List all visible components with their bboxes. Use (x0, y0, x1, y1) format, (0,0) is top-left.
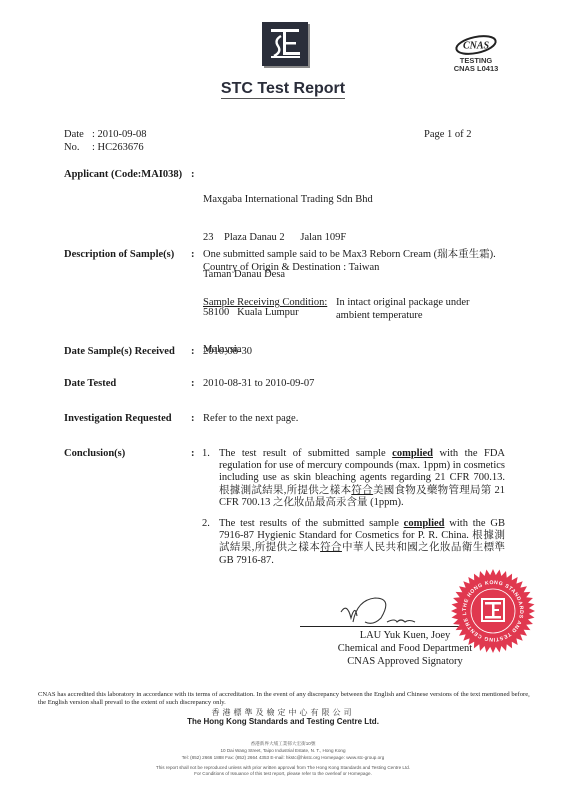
investigation-label: Investigation Requested (64, 413, 172, 426)
colon: : (191, 249, 195, 260)
address-cn: 香港新界大埔工業邨大宏街10號 (0, 741, 566, 747)
colon: : (191, 346, 195, 357)
description-label: Description of Sample(s) (64, 249, 174, 262)
complied-emphasis: complied (404, 518, 445, 529)
conclusion-item: The test results of the submitted sample… (219, 518, 505, 567)
conclusion-item: The test result of submitted sample comp… (219, 448, 505, 509)
address-line: 23 Plaza Danau 2 Jalan 109F (203, 232, 373, 245)
company-seal-icon: THE HONG KONG STANDARDS AND TESTING CENT… (450, 568, 536, 654)
conclusion-label: Conclusion(s) (64, 448, 125, 461)
cnas-logo-icon: CNAS (454, 34, 498, 56)
colon: : (191, 413, 195, 424)
description-text: One submitted sample said to be Max3 Reb… (203, 249, 496, 274)
colon: : (191, 169, 195, 180)
company-name-en: The Hong Kong Standards and Testing Cent… (0, 717, 566, 726)
date-tested-label: Date Tested (64, 378, 116, 391)
receiving-condition-label: Sample Receiving Condition: (203, 297, 327, 310)
signature-icon (335, 592, 425, 630)
cnas-number: CNAS L0413 (436, 65, 516, 73)
address-en: 10 Dai Wang Street, Taipo Industrial Est… (0, 748, 566, 754)
page-title: STC Test Report (0, 80, 566, 98)
colon: : (191, 448, 195, 459)
report-no-label: No. (64, 142, 79, 155)
date-tested-value: 2010-08-31 to 2010-09-07 (203, 378, 314, 391)
issuance-notice: For Conditions of Issuance of this test … (0, 771, 566, 777)
condition-line: In intact original package under (336, 297, 470, 310)
svg-text:CNAS: CNAS (463, 41, 490, 52)
page-indicator: Page 1 of 2 (424, 129, 472, 142)
conclusion-number: 2. (202, 518, 210, 529)
date-label: Date (64, 129, 84, 142)
sample-description: One submitted sample said to be Max3 Reb… (203, 249, 496, 262)
conclusion-text: The test results of the submitted sample (219, 518, 404, 529)
condition-line: ambient temperature (336, 310, 470, 323)
colon: : (191, 378, 195, 389)
stc-logo (262, 22, 308, 66)
cnas-mark: CNAS TESTING CNAS L0413 (436, 34, 516, 73)
conclusion-number: 1. (202, 448, 210, 459)
complied-cn-emphasis: 符合 (351, 485, 373, 496)
date-value: : 2010-09-08 (92, 129, 147, 142)
complied-emphasis: complied (392, 448, 433, 459)
date-received-label: Date Sample(s) Received (64, 346, 175, 359)
conclusion-text: The test result of submitted sample (219, 448, 392, 459)
date-received-value: 2010-08-30 (203, 346, 252, 359)
applicant-name: Maxgaba International Trading Sdn Bhd (203, 194, 373, 207)
report-no-value: : HC263676 (92, 142, 144, 155)
signatory-role: CNAS Approved Signatory (330, 655, 480, 668)
accreditation-note: CNAS has accredited this laboratory in a… (38, 691, 538, 707)
country-of-origin: Country of Origin & Destination : Taiwan (203, 262, 496, 275)
complied-cn-emphasis: 符合 (320, 542, 342, 553)
applicant-label: Applicant (Code:MAI038) (64, 169, 182, 182)
contact-info: Tel: (852) 2666 1888 Fax: (852) 2664 435… (0, 755, 566, 761)
receiving-condition-value: In intact original package under ambient… (336, 297, 470, 322)
investigation-value: Refer to the next page. (203, 413, 298, 426)
